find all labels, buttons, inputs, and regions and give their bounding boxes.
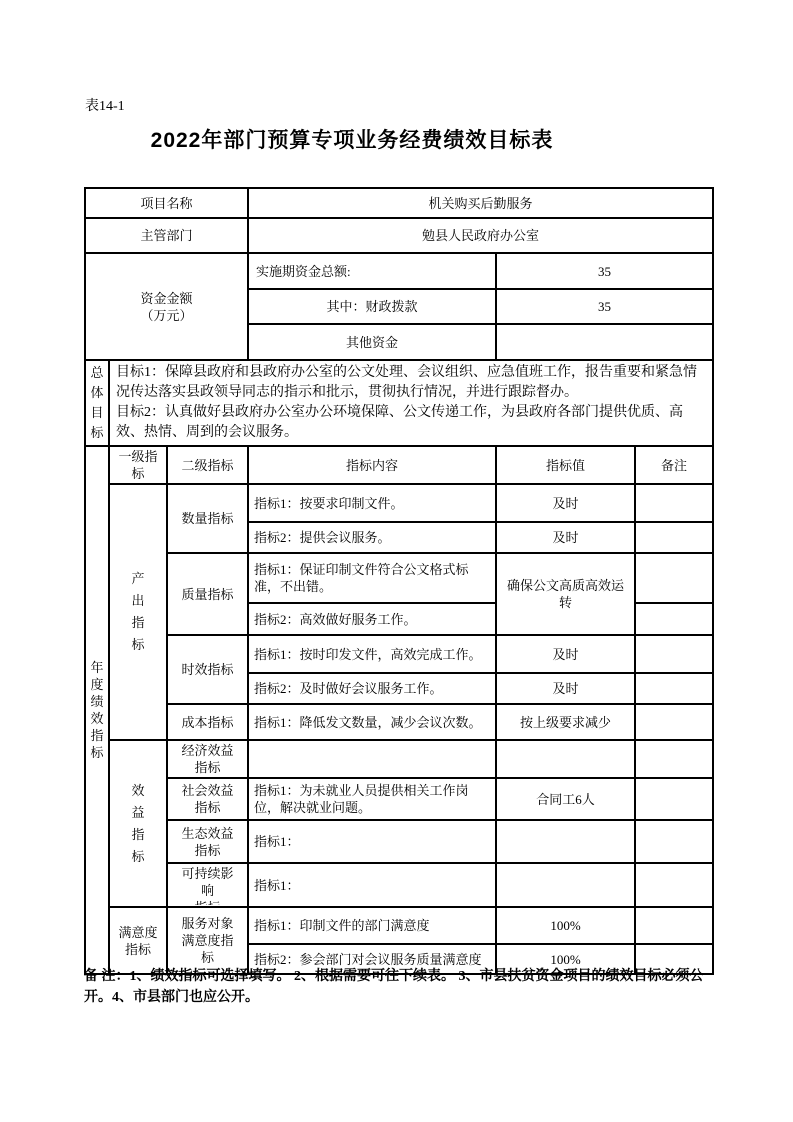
remark-cell [635, 522, 713, 553]
indicator-value [496, 820, 635, 863]
fund-total-label: 实施期资金总额: [248, 253, 496, 289]
remark-cell [635, 778, 713, 820]
table-row: 社会效益指标 指标1：为未就业人员提供相关工作岗位，解决就业问题。 合同工6人 [85, 778, 713, 820]
performance-target-table: 项目名称 机关购买后勤服务 主管部门 勉县人民政府办公室 资金金额 （万元） 实… [84, 187, 714, 975]
remark-cell [635, 820, 713, 863]
indicator-content [248, 740, 496, 778]
satisfaction-indicators-label: 满意度指标 [109, 907, 167, 974]
remark-cell [635, 635, 713, 673]
table-row: 资金金额 （万元） 实施期资金总额: 35 [85, 253, 713, 289]
remark-cell [635, 704, 713, 740]
indicator-value: 合同工6人 [496, 778, 635, 820]
footer-note: 备 注：1、绩效指标可选择填写。 2、根据需要可往下续表。 3、市县扶贫资金项目… [84, 966, 714, 1008]
indicator-content: 指标1：按要求印制文件。 [248, 484, 496, 522]
indicator-value: 及时 [496, 522, 635, 553]
project-name-value: 机关购买后勤服务 [248, 188, 713, 218]
benefit-indicators-label: 效益指标 [109, 740, 167, 907]
economic-benefit-label: 经济效益指标 [167, 740, 248, 778]
service-satisfaction-label: 服务对象满意度指标 [167, 907, 248, 974]
indicator-value: 及时 [496, 635, 635, 673]
department-label: 主管部门 [85, 218, 248, 253]
remark-cell [635, 673, 713, 704]
form-code: 表14-1 [85, 95, 125, 115]
header-remark: 备注 [635, 446, 713, 484]
remark-cell [635, 863, 713, 907]
fund-fiscal-value: 35 [496, 289, 713, 324]
timeliness-indicator-label: 时效指标 [167, 635, 248, 704]
remark-cell [635, 740, 713, 778]
remark-cell [635, 553, 713, 603]
quality-indicator-label: 质量指标 [167, 553, 248, 635]
indicator-value [496, 740, 635, 778]
table-row: 时效指标 指标1：按时印发文件，高效完成工作。 及时 [85, 635, 713, 673]
fund-other-label: 其他资金 [248, 324, 496, 360]
indicator-value: 及时 [496, 673, 635, 704]
indicator-content: 指标1：为未就业人员提供相关工作岗位，解决就业问题。 [248, 778, 496, 820]
indicator-value: 及时 [496, 484, 635, 522]
header-level1: 一级指标 [109, 446, 167, 484]
document-page: 表14-1 2022年部门预算专项业务经费绩效目标表 项目名称 机关购买后勤服务… [0, 0, 793, 1122]
table-row: 质量指标 指标1：保证印制文件符合公文格式标准，不出错。 确保公文高质高效运转 [85, 553, 713, 603]
header-content: 指标内容 [248, 446, 496, 484]
output-indicators-label: 产出指标 [109, 484, 167, 740]
indicator-content: 指标2：及时做好会议服务工作。 [248, 673, 496, 704]
social-benefit-label: 社会效益指标 [167, 778, 248, 820]
indicator-content: 指标2：提供会议服务。 [248, 522, 496, 553]
project-name-label: 项目名称 [85, 188, 248, 218]
table-row: 主管部门 勉县人民政府办公室 [85, 218, 713, 253]
fund-amount-label: 资金金额 （万元） [85, 253, 248, 360]
header-level2: 二级指标 [167, 446, 248, 484]
indicator-value: 100% [496, 907, 635, 944]
indicator-content: 指标1： [248, 820, 496, 863]
indicator-content: 指标1：印制文件的部门满意度 [248, 907, 496, 944]
overall-goal-label: 总体目标 [85, 360, 109, 446]
indicator-value: 确保公文高质高效运转 [496, 553, 635, 635]
fund-other-value [496, 324, 713, 360]
indicator-content: 指标2：高效做好服务工作。 [248, 603, 496, 635]
indicator-value [496, 863, 635, 907]
indicator-content: 指标1： [248, 863, 496, 907]
indicator-content: 指标1：降低发文数量，减少会议次数。 [248, 704, 496, 740]
annual-indicators-label: 年度绩效指标 [85, 446, 109, 974]
page-title: 2022年部门预算专项业务经费绩效目标表 [0, 124, 704, 154]
fund-total-value: 35 [496, 253, 713, 289]
table-row: 满意度指标 服务对象满意度指标 指标1：印制文件的部门满意度 100% [85, 907, 713, 944]
cost-indicator-label: 成本指标 [167, 704, 248, 740]
indicator-value: 按上级要求减少 [496, 704, 635, 740]
indicator-content: 指标1：按时印发文件，高效完成工作。 [248, 635, 496, 673]
table-row: 项目名称 机关购买后勤服务 [85, 188, 713, 218]
remark-cell [635, 907, 713, 944]
table-row: 成本指标 指标1：降低发文数量，减少会议次数。 按上级要求减少 [85, 704, 713, 740]
header-value: 指标值 [496, 446, 635, 484]
table-row: 生态效益指标 指标1： [85, 820, 713, 863]
remark-cell [635, 484, 713, 522]
fund-fiscal-label: 其中：财政拨款 [248, 289, 496, 324]
table-row: 效益指标 经济效益指标 [85, 740, 713, 778]
table-row: 可持续影响 指标 指标1： [85, 863, 713, 907]
quantity-indicator-label: 数量指标 [167, 484, 248, 553]
sustainable-impact-label: 可持续影响 指标 [167, 863, 248, 907]
indicator-content: 指标1：保证印制文件符合公文格式标准，不出错。 [248, 553, 496, 603]
department-value: 勉县人民政府办公室 [248, 218, 713, 253]
table-row: 总体目标 目标1：保障县政府和县政府办公室的公文处理、会议组织、应急值班工作，报… [85, 360, 713, 446]
overall-goal-text: 目标1：保障县政府和县政府办公室的公文处理、会议组织、应急值班工作，报告重要和紧… [109, 360, 713, 446]
table-row: 年度绩效指标 一级指标 二级指标 指标内容 指标值 备注 [85, 446, 713, 484]
table-row: 产出指标 数量指标 指标1：按要求印制文件。 及时 [85, 484, 713, 522]
remark-cell [635, 603, 713, 635]
ecological-benefit-label: 生态效益指标 [167, 820, 248, 863]
